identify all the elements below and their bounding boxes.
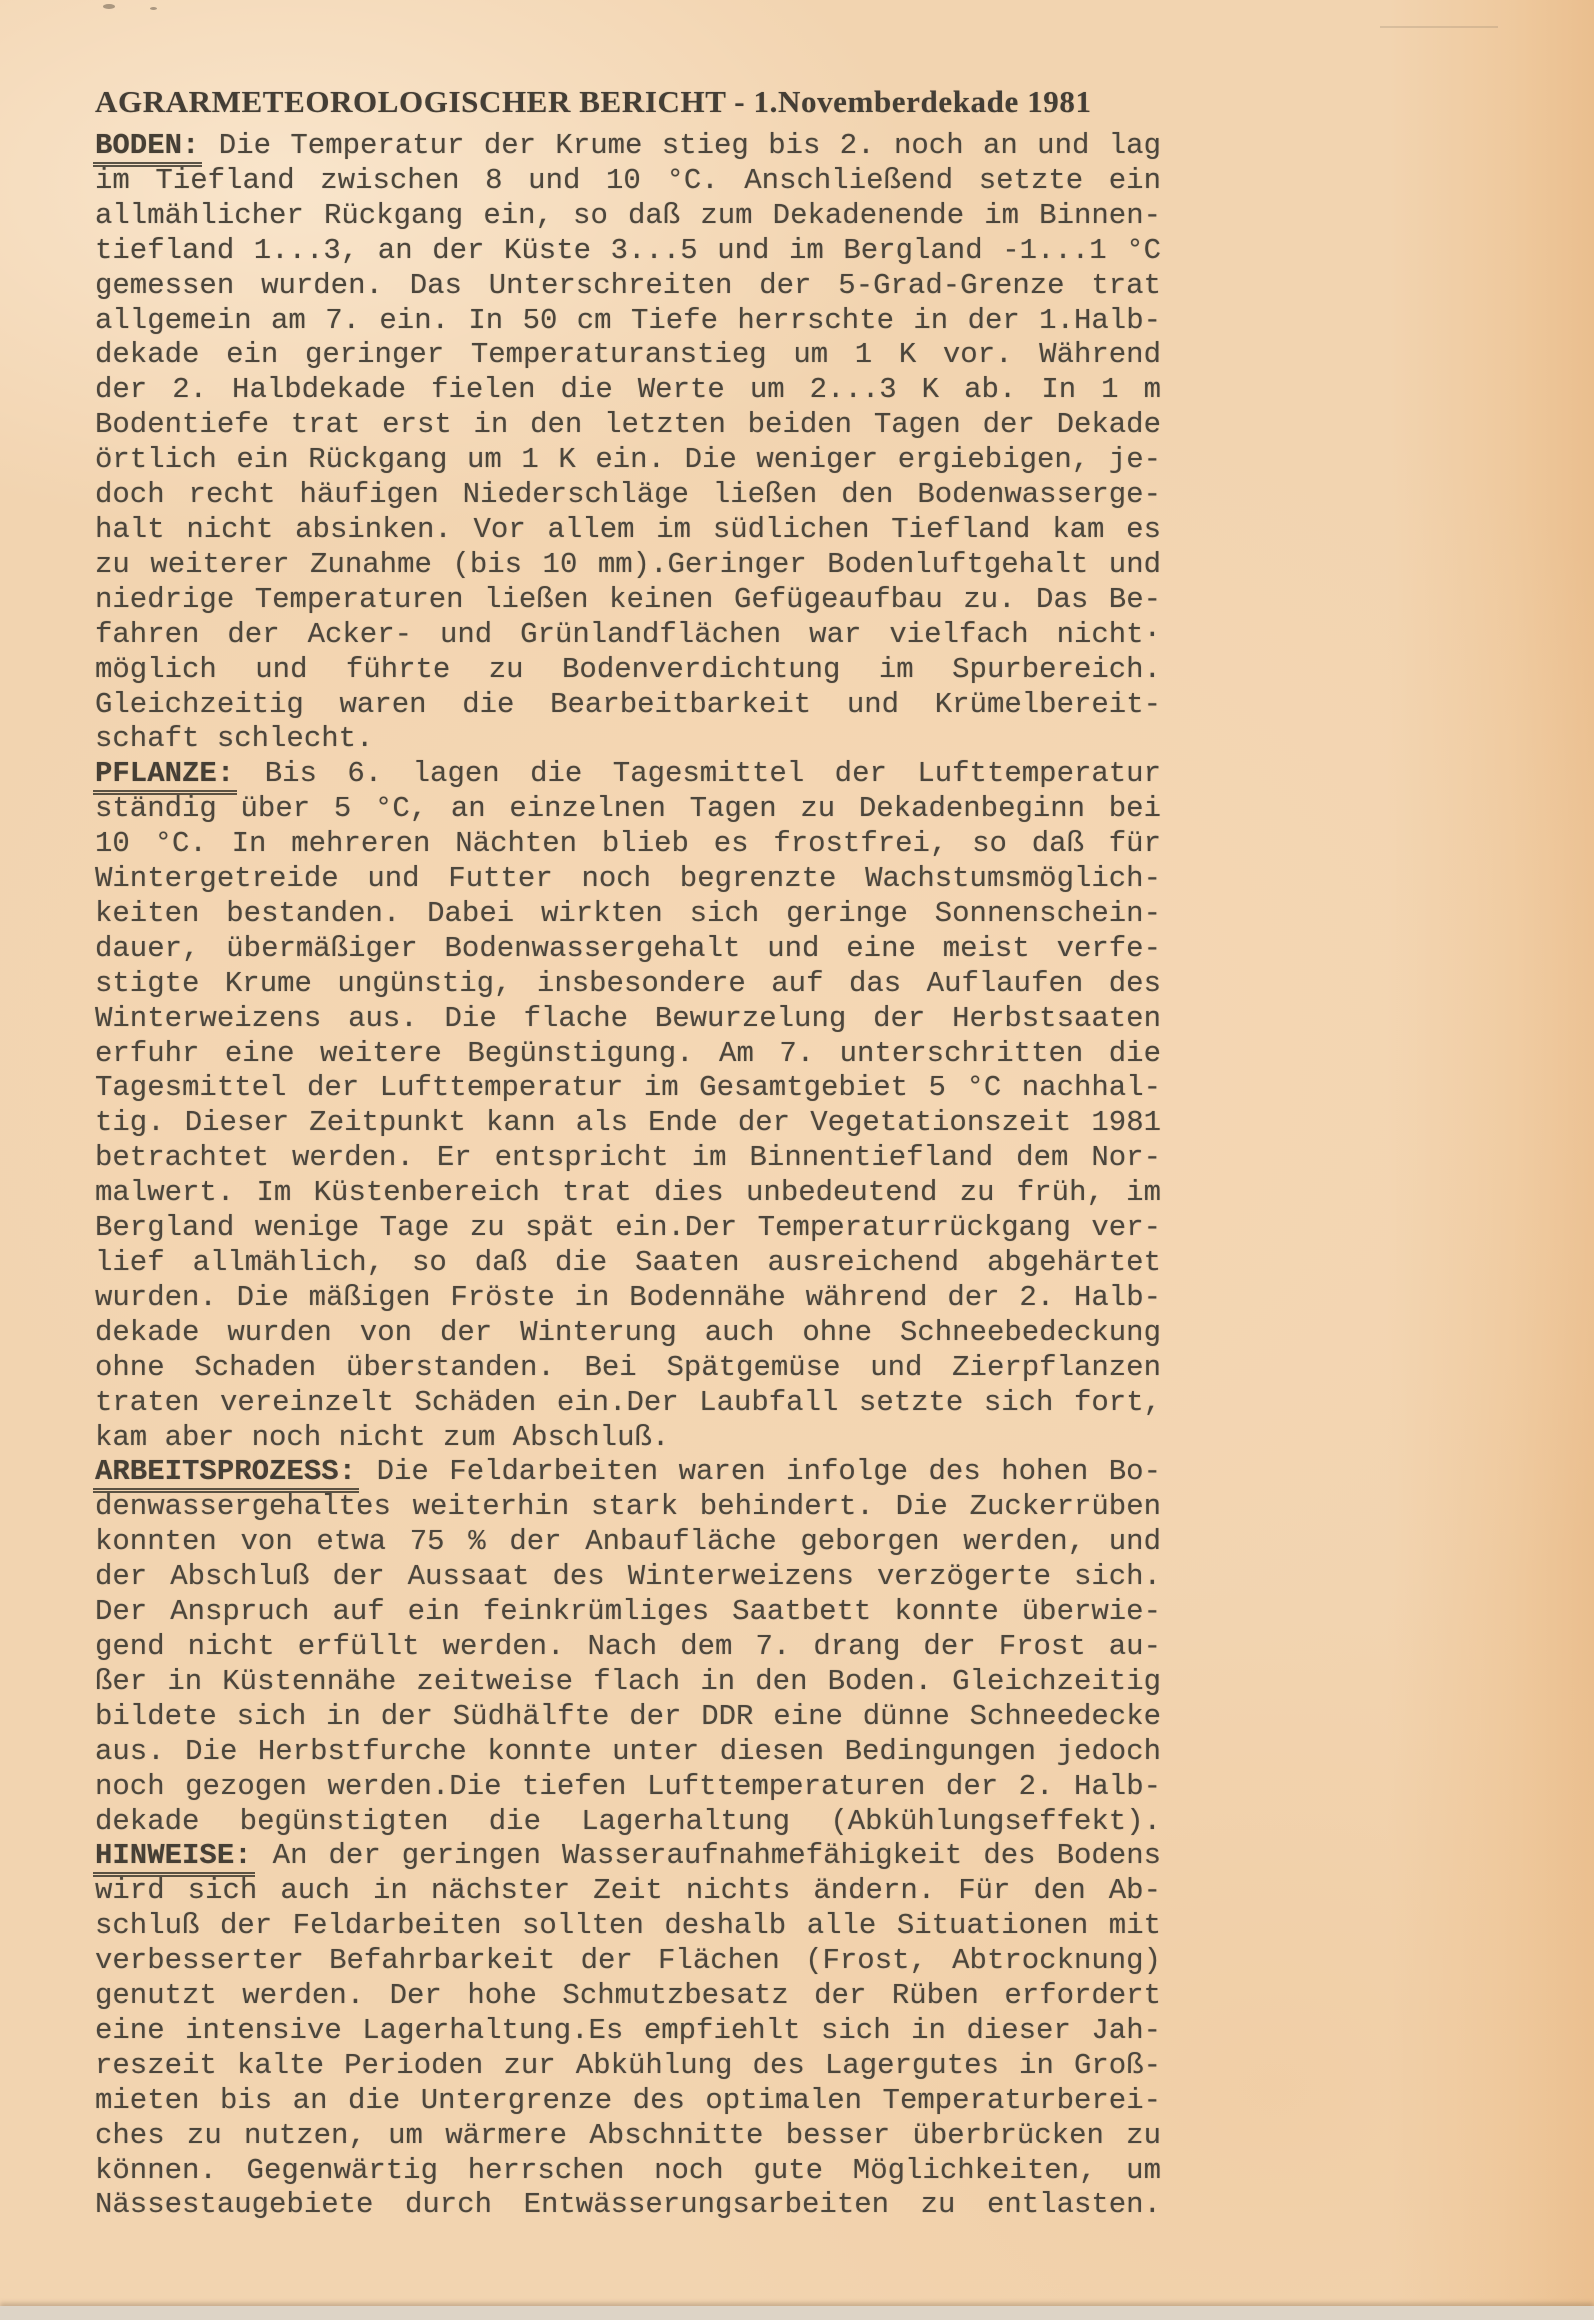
- text-line: dauer, übermäßiger Bodenwassergehalt und…: [95, 932, 1161, 967]
- text-line: Tagesmittel der Lufttemperatur im Gesamt…: [95, 1071, 1161, 1106]
- paper-speck: [103, 4, 115, 9]
- text-line: eine intensive Lagerhaltung.Es empfiehlt…: [95, 2014, 1161, 2049]
- section-heading: BODEN:: [95, 129, 199, 162]
- page-bottom-edge: [0, 2306, 1594, 2320]
- text-line: ßer in Küstennähe zeitweise flach in den…: [95, 1665, 1161, 1700]
- text-line: mieten bis an die Untergrenze des optima…: [95, 2084, 1161, 2119]
- text-line: Winterweizens aus. Die flache Bewurzelun…: [95, 1002, 1161, 1037]
- text-line: ohne Schaden überstanden. Bei Spätgemüse…: [95, 1351, 1161, 1386]
- text-line: lief allmählich, so daß die Saaten ausre…: [95, 1246, 1161, 1281]
- scanned-document-page: AGRARMETEOROLOGISCHER BERICHT - 1.Novemb…: [0, 0, 1594, 2320]
- section-boden: BODEN: Die Temperatur der Krume stieg bi…: [95, 129, 1161, 757]
- text-line: Der Anspruch auf ein feinkrümliges Saatb…: [95, 1595, 1161, 1630]
- text-line: möglich und führte zu Bodenverdichtung i…: [95, 653, 1161, 688]
- section-heading: HINWEISE:: [95, 1839, 252, 1872]
- text-line: konnten von etwa 75 % der Anbaufläche ge…: [95, 1525, 1161, 1560]
- text-line: dekade begünstigten die Lagerhaltung (Ab…: [95, 1805, 1161, 1840]
- text-line: wird sich auch in nächster Zeit nichts ä…: [95, 1874, 1161, 1909]
- text-line: örtlich ein Rückgang um 1 K ein. Die wen…: [95, 443, 1161, 478]
- text-line: genutzt werden. Der hohe Schmutzbesatz d…: [95, 1979, 1161, 2014]
- text-line: allmählicher Rückgang ein, so daß zum De…: [95, 199, 1161, 234]
- text-line: Wintergetreide und Futter noch begrenzte…: [95, 862, 1161, 897]
- text-line: Bergland wenige Tage zu spät ein.Der Tem…: [95, 1211, 1161, 1246]
- scan-artifact-line: [1380, 26, 1498, 28]
- text-line: tiefland 1...3, an der Küste 3...5 und i…: [95, 234, 1161, 269]
- text-line: allgemein am 7. ein. In 50 cm Tiefe herr…: [95, 304, 1161, 339]
- text-line: tig. Dieser Zeitpunkt kann als Ende der …: [95, 1106, 1161, 1141]
- text-line: bildete sich in der Südhälfte der DDR ei…: [95, 1700, 1161, 1735]
- text-line: PFLANZE: Bis 6. lagen die Tagesmittel de…: [95, 757, 1161, 792]
- section-arbeitsprozess: ARBEITSPROZESS: Die Feldarbeiten waren i…: [95, 1455, 1161, 1839]
- text-line: ständig über 5 °C, an einzelnen Tagen zu…: [95, 792, 1161, 827]
- page-title: AGRARMETEOROLOGISCHER BERICHT - 1.Novemb…: [95, 84, 1161, 120]
- text-line: ches zu nutzen, um wärmere Abschnitte be…: [95, 2119, 1161, 2154]
- text-line: wurden. Die mäßigen Fröste in Bodennähe …: [95, 1281, 1161, 1316]
- text-line: der 2. Halbdekade fielen die Werte um 2.…: [95, 373, 1161, 408]
- text-line: ARBEITSPROZESS: Die Feldarbeiten waren i…: [95, 1455, 1161, 1490]
- text-line: der Abschluß der Aussaat des Winterweize…: [95, 1560, 1161, 1595]
- text-line: schaft schlecht.: [95, 722, 1161, 757]
- text-line: malwert. Im Küstenbereich trat dies unbe…: [95, 1176, 1161, 1211]
- paper-speck: [150, 7, 157, 10]
- text-line: zu weiterer Zunahme (bis 10 mm).Geringer…: [95, 548, 1161, 583]
- text-line: gend nicht erfüllt werden. Nach dem 7. d…: [95, 1630, 1161, 1665]
- text-line: kam aber noch nicht zum Abschluß.: [95, 1421, 1161, 1456]
- text-line: aus. Die Herbstfurche konnte unter diese…: [95, 1735, 1161, 1770]
- section-hinweise: HINWEISE: An der geringen Wasseraufnahme…: [95, 1839, 1161, 2223]
- text-line: verbesserter Befahrbarkeit der Flächen (…: [95, 1944, 1161, 1979]
- text-line: doch recht häufigen Niederschläge ließen…: [95, 478, 1161, 513]
- text-line: fahren der Acker- und Grünlandflächen wa…: [95, 618, 1161, 653]
- document-body: BODEN: Die Temperatur der Krume stieg bi…: [95, 129, 1161, 2223]
- text-line: schluß der Feldarbeiten sollten deshalb …: [95, 1909, 1161, 1944]
- text-line: reszeit kalte Perioden zur Abkühlung des…: [95, 2049, 1161, 2084]
- text-line: erfuhr eine weitere Begünstigung. Am 7. …: [95, 1037, 1161, 1072]
- text-line: Bodentiefe trat erst in den letzten beid…: [95, 408, 1161, 443]
- text-line: denwassergehaltes weiterhin stark behind…: [95, 1490, 1161, 1525]
- text-line: Gleichzeitig waren die Bearbeitbarkeit u…: [95, 688, 1161, 723]
- text-line: stigte Krume ungünstig, insbesondere auf…: [95, 967, 1161, 1002]
- document-content: AGRARMETEOROLOGISCHER BERICHT - 1.Novemb…: [95, 84, 1161, 2223]
- text-line: niedrige Temperaturen ließen keinen Gefü…: [95, 583, 1161, 618]
- text-line: halt nicht absinken. Vor allem im südlic…: [95, 513, 1161, 548]
- text-line: können. Gegenwärtig herrschen noch gute …: [95, 2154, 1161, 2189]
- text-line: BODEN: Die Temperatur der Krume stieg bi…: [95, 129, 1161, 164]
- text-line: traten vereinzelt Schäden ein.Der Laubfa…: [95, 1386, 1161, 1421]
- section-heading: ARBEITSPROZESS:: [95, 1455, 356, 1488]
- text-line: betrachtet werden. Er entspricht im Binn…: [95, 1141, 1161, 1176]
- text-line: keiten bestanden. Dabei wirkten sich ger…: [95, 897, 1161, 932]
- section-heading: PFLANZE:: [95, 757, 234, 790]
- text-line: dekade ein geringer Temperaturanstieg um…: [95, 338, 1161, 373]
- section-pflanze: PFLANZE: Bis 6. lagen die Tagesmittel de…: [95, 757, 1161, 1455]
- text-line: Nässestaugebiete durch Entwässerungsarbe…: [95, 2188, 1161, 2223]
- text-line: dekade wurden von der Winterung auch ohn…: [95, 1316, 1161, 1351]
- text-line: HINWEISE: An der geringen Wasseraufnahme…: [95, 1839, 1161, 1874]
- text-line: noch gezogen werden.Die tiefen Lufttempe…: [95, 1770, 1161, 1805]
- text-line: gemessen wurden. Das Unterschreiten der …: [95, 269, 1161, 304]
- text-line: 10 °C. In mehreren Nächten blieb es fros…: [95, 827, 1161, 862]
- text-line: im Tiefland zwischen 8 und 10 °C. Anschl…: [95, 164, 1161, 199]
